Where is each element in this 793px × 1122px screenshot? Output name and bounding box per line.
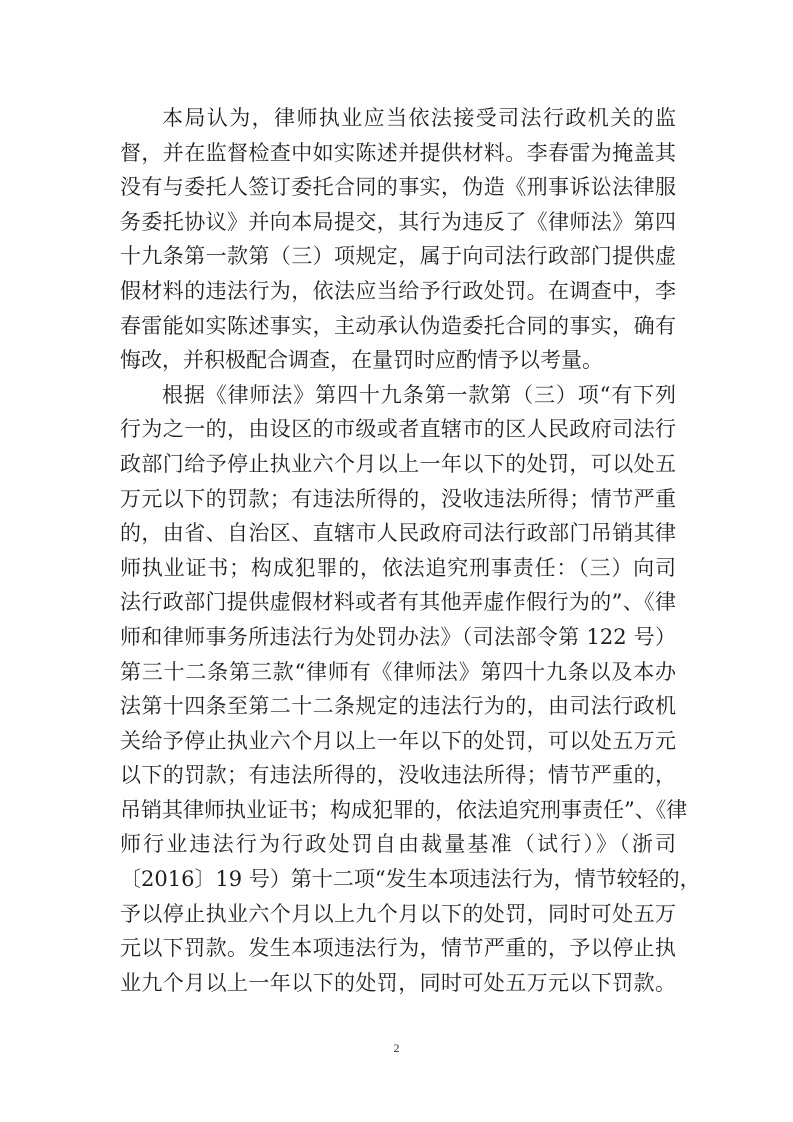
text-line: 业九个月以上一年以下的处罚，同时可处五万元以下罚款。 — [120, 966, 676, 1001]
text-line: 元以下罚款。发生本项违法行为，情节严重的，予以停止执 — [120, 931, 676, 966]
text-line: 以下的罚款；有违法所得的，没收违法所得；情节严重的， — [120, 758, 676, 793]
text-line: 吊销其律师执业证书；构成犯罪的，依法追究刑事责任”、《律 — [120, 793, 676, 828]
text-line: 根据《律师法》第四十九条第一款第（三）项“有下列 — [120, 378, 676, 413]
paragraph-2: 根据《律师法》第四十九条第一款第（三）项“有下列 行为之一的，由设区的市级或者直… — [120, 378, 676, 1001]
text-line: 师行业违法行为行政处罚自由裁量基准（试行）》（浙司 — [120, 827, 676, 862]
paragraph-1: 本局认为，律师执业应当依法接受司法行政机关的监 督，并在监督检查中如实陈述并提供… — [120, 101, 676, 378]
text-line: 师执业证书；构成犯罪的，依法追究刑事责任：（三）向司 — [120, 551, 676, 586]
text-line: 师和律师事务所违法行为处罚办法》（司法部令第 122 号） — [120, 620, 676, 655]
text-line: 行为之一的，由设区的市级或者直辖市的区人民政府司法行 — [120, 412, 676, 447]
text-line: 假材料的违法行为，依法应当给予行政处罚。在调查中，李 — [120, 274, 676, 309]
text-line: 没有与委托人签订委托合同的事实，伪造《刑事诉讼法律服 — [120, 170, 676, 205]
text-line: 督，并在监督检查中如实陈述并提供材料。李春雷为掩盖其 — [120, 136, 676, 171]
text-line: 万元以下的罚款；有违法所得的，没收违法所得；情节严重 — [120, 482, 676, 517]
page-number: 2 — [0, 1041, 793, 1055]
text-line: 十九条第一款第（三）项规定，属于向司法行政部门提供虚 — [120, 239, 676, 274]
text-line: 第三十二条第三款“律师有《律师法》第四十九条以及本办 — [120, 655, 676, 690]
text-line: 的，由省、自治区、直辖市人民政府司法行政部门吊销其律 — [120, 516, 676, 551]
text-line: 政部门给予停止执业六个月以上一年以下的处罚，可以处五 — [120, 447, 676, 482]
text-line: 〔2016〕19 号）第十二项“发生本项违法行为，情节较轻的， — [120, 862, 676, 897]
text-line: 关给予停止执业六个月以上一年以下的处罚，可以处五万元 — [120, 724, 676, 759]
text-line: 法第十四条至第二十二条规定的违法行为的，由司法行政机 — [120, 689, 676, 724]
document-body: 本局认为，律师执业应当依法接受司法行政机关的监 督，并在监督检查中如实陈述并提供… — [120, 101, 676, 1000]
text-line: 本局认为，律师执业应当依法接受司法行政机关的监 — [120, 101, 676, 136]
text-line: 悔改，并积极配合调查，在量罚时应酌情予以考量。 — [120, 343, 676, 378]
text-line: 法行政部门提供虚假材料或者有其他弄虚作假行为的”、《律 — [120, 585, 676, 620]
document-page: 本局认为，律师执业应当依法接受司法行政机关的监 督，并在监督检查中如实陈述并提供… — [0, 0, 793, 1122]
text-line: 春雷能如实陈述事实，主动承认伪造委托合同的事实，确有 — [120, 309, 676, 344]
text-line: 务委托协议》并向本局提交，其行为违反了《律师法》第四 — [120, 205, 676, 240]
text-line: 予以停止执业六个月以上九个月以下的处罚，同时可处五万 — [120, 897, 676, 932]
